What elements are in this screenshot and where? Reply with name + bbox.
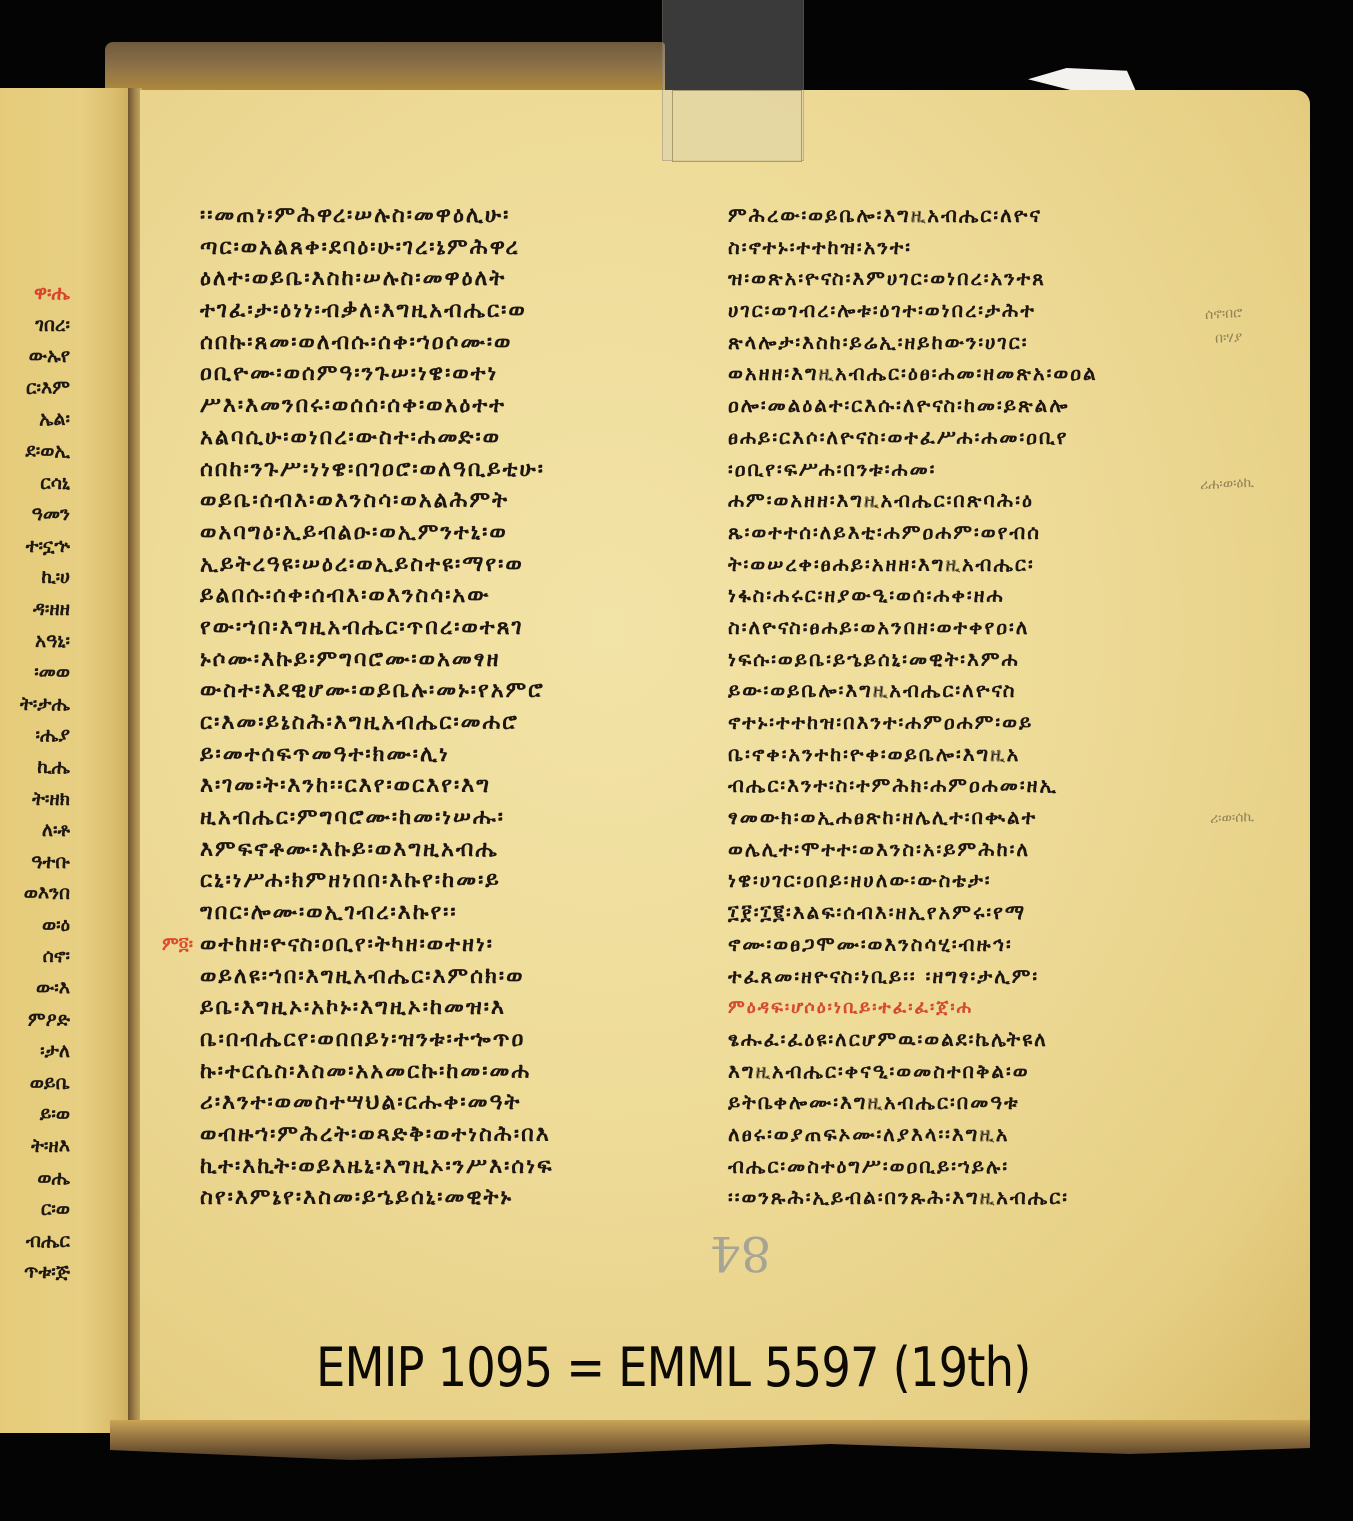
manuscript-line: ፡መወ: [0, 657, 70, 689]
manuscript-line: ዓመን: [0, 499, 70, 531]
manuscript-line: ኩ፡ተርሴስ፡እስመ፡አአመርኩ፡ከመ፡መሐ: [200, 1056, 554, 1088]
manuscript-line: ፃመውክ፡ወኢሐፀጽከ፡ዘሌሊተ፡በቊልተ: [728, 802, 1098, 834]
manuscript-line: እ፡ገመ፡ት፡እንከ፡፡ርእየ፡ወርእየ፡እግ: [200, 770, 554, 802]
manuscript-line: ኪሔ: [0, 752, 70, 784]
red-margin-mark: ም፬፡: [162, 934, 193, 955]
manuscript-line: ው፡እ: [0, 973, 70, 1005]
manuscript-line: ት፡ዘእ: [0, 1131, 70, 1163]
manuscript-line: ር፡እም: [0, 373, 70, 405]
left-page-text-fragment: ዋ፡ሔገበረ፡ውኡየር፡እምኤል፡ደ፡ወኢርሳኒዓመንተ፡ኗኍኪ፡ሀዳ፡ዘዘአዓ…: [0, 278, 70, 1289]
manuscript-line: ገበረ፡: [0, 310, 70, 342]
manuscript-line: እምፍኖቶሙ፡እኩይ፡ወእግዚአብሔ: [200, 834, 554, 866]
tape-tab: [672, 90, 802, 162]
manuscript-line: ፡ዐቢየ፡ፍሥሐ፡በንቱ፡ሐመ፡: [728, 454, 1098, 486]
manuscript-line: ጽላሎታ፡እስከ፡ይሬኢ፡ዘይከውን፡ሀገር፡: [728, 327, 1098, 359]
manuscript-line: ይ፡መተሰፍጥመዓተ፡ክሙ፡ሊነ: [200, 739, 554, 771]
manuscript-line: ወሌሊተ፡ሞተተ፡ወእንስ፡አ፡ይምሕከ፡ለ: [728, 834, 1098, 866]
manuscript-line: ምዖድ: [0, 1005, 70, 1037]
manuscript-line: ቤ፡ኖቀ፡አንተከ፡ዮቀ፡ወይቤሎ፡እግዚአ: [728, 739, 1098, 771]
manuscript-line: ት፡ወሠረቀ፡ፀሐይ፡አዘዘ፡እግዚአብሔር፡: [728, 549, 1098, 581]
text-block-top-edge: [105, 42, 665, 92]
manuscript-line: ዐሎ፡መልዕልተ፡ርእሱ፡ለዮናስ፡ከመ፡ይጽልሎ: [728, 390, 1098, 422]
manuscript-line: አዓኒ፡: [0, 626, 70, 658]
manuscript-line: ሰበኩ፡ጸመ፡ወለብሱ፡ሰቀ፡ኀዐሶሙ፡ወ: [200, 327, 554, 359]
manuscript-line: ሥእ፡እመንበሩ፡ወሰሰ፡ሰቀ፡ወአዕተተ: [200, 390, 554, 422]
manuscript-line: ፡፡ወንጹሕ፡ኢይብል፡በንጹሕ፡እግዚአብሔር፡: [728, 1182, 1098, 1214]
marginal-note: ሪሐ፡ወ፡ዕኪ: [1200, 475, 1255, 494]
manuscript-line: ስ፡ለዮናስ፡ፀሐይ፡ወአንበዘ፡ወተቀየዐ፡ለ: [728, 612, 1098, 644]
manuscript-line: ወይለዩ፡ኀበ፡እግዚአብሔር፡እምሰክ፡ወ: [200, 961, 554, 993]
manuscript-line: ተ፡ኗኍ: [0, 531, 70, 563]
manuscript-line: ሰኖ፡: [0, 941, 70, 973]
left-facing-page: ዋ፡ሔገበረ፡ውኡየር፡እምኤል፡ደ፡ወኢርሳኒዓመንተ፡ኗኍኪ፡ሀዳ፡ዘዘአዓ…: [0, 88, 135, 1433]
manuscript-line: ለፀሩ፡ወያጠፍኦሙ፡ለያእላ፡፡እግዚአ: [728, 1119, 1098, 1151]
manuscript-line: ኖሙ፡ወፀጋሞሙ፡ወእንስሳሂ፡ብዙኅ፡: [728, 929, 1098, 961]
manuscript-line: ወተከዘ፡ዮናስ፡ዐቢየ፡ትካዘ፡ወተዘነ፡: [200, 929, 554, 961]
manuscript-line: ኤል፡: [0, 404, 70, 436]
manuscript-line: ጥቱ፡ጅ: [0, 1257, 70, 1289]
manuscript-line: ሀገር፡ወገብረ፡ሎቱ፡ዕገተ፡ወነበረ፡ታሕተ: [728, 295, 1098, 327]
manuscript-line: ዕለተ፡ወይቤ፡እስከ፡ሠሉስ፡መዋዕለት: [200, 263, 554, 295]
manuscript-line: ኪተ፡እኪት፡ወይእዜኒ፡እግዚኦ፡ንሥእ፡ሰነፍ: [200, 1151, 554, 1183]
manuscript-line: ይቤ፡እግዚኦ፡አኮኑ፡እግዚኦ፡ከመዝ፡እ: [200, 992, 554, 1024]
manuscript-line: ሐም፡ወአዘዘ፡እግዚአብሔር፡በጽባሕ፡ዕ: [728, 485, 1098, 517]
manuscript-line: እግዚአብሔር፡ቀናዒ፡ወመስተበቅል፡ወ: [728, 1056, 1098, 1088]
manuscript-line: ወይቤ፡ሰብእ፡ወእንስሳ፡ወአልሕምት: [200, 485, 554, 517]
manuscript-line: ር፡እመ፡ይኔስሕ፡እግዚአብሔር፡መሐሮ: [200, 707, 554, 739]
manuscript-line: ግበር፡ሎሙ፡ወኢገብረ፡እኩየ፡፡: [200, 897, 554, 929]
manuscript-line: ዝ፡ወጽአ፡ዮናስ፡እምሀገር፡ወነበረ፡አንተጸ: [728, 263, 1098, 295]
manuscript-line: ርሳኒ: [0, 468, 70, 500]
manuscript-line: ፡፡መጠነ፡ምሕዋረ፡ሠሉስ፡መዋዕሊሁ፡: [200, 200, 554, 232]
manuscript-line: ወብዙኀ፡ምሕረት፡ወጻድቅ፡ወተነስሕ፡በእ: [200, 1119, 554, 1151]
manuscript-line: ወአዘዘ፡እግዚአብሔር፡ዕፀ፡ሐመ፡ዘመጽአ፡ወዐል: [728, 358, 1098, 390]
manuscript-line: ተገፈ፡ታ፡ዕነነ፡ብቃለ፡እግዚአብሔር፡ወ: [200, 295, 554, 327]
marginal-note: ሰኖ፡በሮ: [1205, 305, 1243, 323]
manuscript-line: ውስተ፡እደዊሆሙ፡ወይቤሉ፡መኑ፡የአምሮ: [200, 675, 554, 707]
manuscript-line: ይው፡ወይቤሎ፡እግዚአብሔር፡ለዮናስ: [728, 675, 1098, 707]
manuscript-line: ጣር፡ወአልጸቀ፡ደባዕ፡ሁ፡ገረ፡ኔምሕዋረ: [200, 232, 554, 264]
manuscript-line: ዚአብሔር፡ምግባሮሙ፡ከመ፡ነሠሑ፡: [200, 802, 554, 834]
text-column-b: ምሕረው፡ወይቤሎ፡እግዚአብሔር፡ለዮናስ፡ኖተኑ፡ተተከዝ፡አንተ፡ዝ፡ወጽ…: [728, 200, 1098, 1214]
marginal-note: ሪ፡ወ፡ሰኪ: [1210, 809, 1255, 827]
manuscript-line: ሰበከ፡ንጉሥ፡ነነዌ፡በገዐሮ፡ወለዓቢይቲሁ፡: [200, 454, 554, 486]
manuscript-line: ጼ፡ወተተሰ፡ለይእቲ፡ሐምዐሐም፡ወየብሰ: [728, 517, 1098, 549]
manuscript-line: ውኡየ: [0, 341, 70, 373]
manuscript-line: ነዌ፡ሀገር፡ዐበይ፡ዘሀለው፡ውስቴታ፡: [728, 865, 1098, 897]
manuscript-line: ር፡ወ: [0, 1194, 70, 1226]
manuscript-line: ኑሶሙ፡እኩይ፡ምግባሮሙ፡ወአመፃዘ: [200, 644, 554, 676]
manuscript-line: ርኒ፡ነሥሐ፡ክምዘነበበ፡እኩየ፡ከመ፡ይ: [200, 865, 554, 897]
manuscript-line: ት፡ታሔ: [0, 689, 70, 721]
manuscript-line: ዋ፡ሔ: [0, 278, 70, 310]
manuscript-line: ኢይትረዓዩ፡ሠዕረ፡ወኢይስተዩ፡ማየ፡ወ: [200, 549, 554, 581]
text-column-a: ፡፡መጠነ፡ምሕዋረ፡ሠሉስ፡መዋዕሊሁ፡ጣር፡ወአልጸቀ፡ደባዕ፡ሁ፡ገረ፡ኔ…: [200, 200, 554, 1214]
manuscript-line: ይ፡ወ: [0, 1099, 70, 1131]
manuscript-line: ነፍሱ፡ወይቤ፡ይኄይሰኒ፡መዊት፡እምሐ: [728, 644, 1098, 676]
manuscript-line: አልባሲሁ፡ወነበረ፡ውስተ፡ሐመድ፡ወ: [200, 422, 554, 454]
manuscript-line: ስ፡ኖተኑ፡ተተከዝ፡አንተ፡: [728, 232, 1098, 264]
manuscript-line: ወ፡ዕ: [0, 910, 70, 942]
manuscript-line: ብሔር: [0, 1226, 70, 1258]
manuscript-line: ወእንበ: [0, 878, 70, 910]
text-block-bottom-edge: [110, 1420, 1310, 1460]
manuscript-line: ፡ታለ: [0, 1036, 70, 1068]
marginal-note: በ፡ሃያ: [1215, 329, 1243, 346]
manuscript-line: ወሔ: [0, 1163, 70, 1195]
manuscript-line: ይትቤቀሎሙ፡እግዚአብሔር፡በመዓቱ: [728, 1087, 1098, 1119]
manuscript-line: ምሕረው፡ወይቤሎ፡እግዚአብሔር፡ለዮና: [728, 200, 1098, 232]
manuscript-line: ኖተኑ፡ተተከዝ፡በእንተ፡ሐምዐሐም፡ወይ: [728, 707, 1098, 739]
manuscript-line: ዐቢዮሙ፡ወሰምዓ፡ንጉሠ፡ነዌ፡ወተነ: [200, 358, 554, 390]
manuscript-line: ፡ሔያ: [0, 720, 70, 752]
manuscript-line: ይልበሱ፡ሰቀ፡ሰብእ፡ወእንስሳ፡አው: [200, 580, 554, 612]
manuscript-line: ት፡ዘክ: [0, 784, 70, 816]
manuscript-line: ስየ፡እምኔየ፡እስመ፡ይኄይሰኒ፡መዊትኑ: [200, 1182, 554, 1214]
manuscript-line: ምዕዳፍ፡ሆሶዕ፡ነቢይ፡ተፈ፡ፈ፡ጀ፡ሐ: [728, 992, 1098, 1024]
manuscript-line: ብሔር፡መስተዕግሥ፡ወዐቢይ፡ኀይሉ፡: [728, 1151, 1098, 1183]
pencil-folio-number: 84: [710, 1225, 771, 1281]
manuscript-photograph: ዋ፡ሔገበረ፡ውኡየር፡እምኤል፡ደ፡ወኢርሳኒዓመንተ፡ኗኍኪ፡ሀዳ፡ዘዘአዓ…: [0, 0, 1353, 1521]
manuscript-line: ለ፡ቶ: [0, 815, 70, 847]
manuscript-line: ቤ፡በብሔርየ፡ወበበይነ፡ዝንቱ፡ተኈጥዐ: [200, 1024, 554, 1056]
manuscript-line: ፄሑፈ፡ፈዕዩ፡ለርሆምዉ፡ወልደ፡ኬሌትዩለ: [728, 1024, 1098, 1056]
manuscript-line: ደ፡ወኢ: [0, 436, 70, 468]
manuscript-line: ፀሐይ፡ርእሶ፡ለዮናስ፡ወተፈሥሐ፡ሐመ፡ዐቢየ: [728, 422, 1098, 454]
manuscript-line: ነፋስ፡ሐሩር፡ዘያውዒ፡ወሰ፡ሐቀ፡ዘሐ: [728, 580, 1098, 612]
manuscript-line: ብሔር፡እንተ፡ስ፡ተምሕክ፡ሐምዐሐመ፡ዘኢ: [728, 770, 1098, 802]
manuscript-line: ኪ፡ሀ: [0, 562, 70, 594]
manuscript-line: የው፡ኀበ፡እግዚአብሔር፡ጥበረ፡ወተጸገ: [200, 612, 554, 644]
manuscript-line: ተፈጸመ፡ዘዮናስ፡ነቢይ፡፡ ፡ዘግፃ፡ታሊም፡: [728, 961, 1098, 993]
manuscript-line: ወአባግዕ፡ኢይብልዑ፡ወኢምንተኒ፡ወ: [200, 517, 554, 549]
manuscript-line: ሪ፡እንተ፡ወመስተሣህል፡ርሑቀ፡መዓት: [200, 1087, 554, 1119]
catalog-caption: EMIP 1095 = EMML 5597 (19th): [316, 1336, 1030, 1399]
manuscript-line: ዳ፡ዘዘ: [0, 594, 70, 626]
manuscript-line: ዓተቡ: [0, 847, 70, 879]
manuscript-line: ወይቤ: [0, 1068, 70, 1100]
manuscript-line: ፲፻፡፲፪፡እልፍ፡ሰብእ፡ዘኢየአምሩ፡የማ: [728, 897, 1098, 929]
